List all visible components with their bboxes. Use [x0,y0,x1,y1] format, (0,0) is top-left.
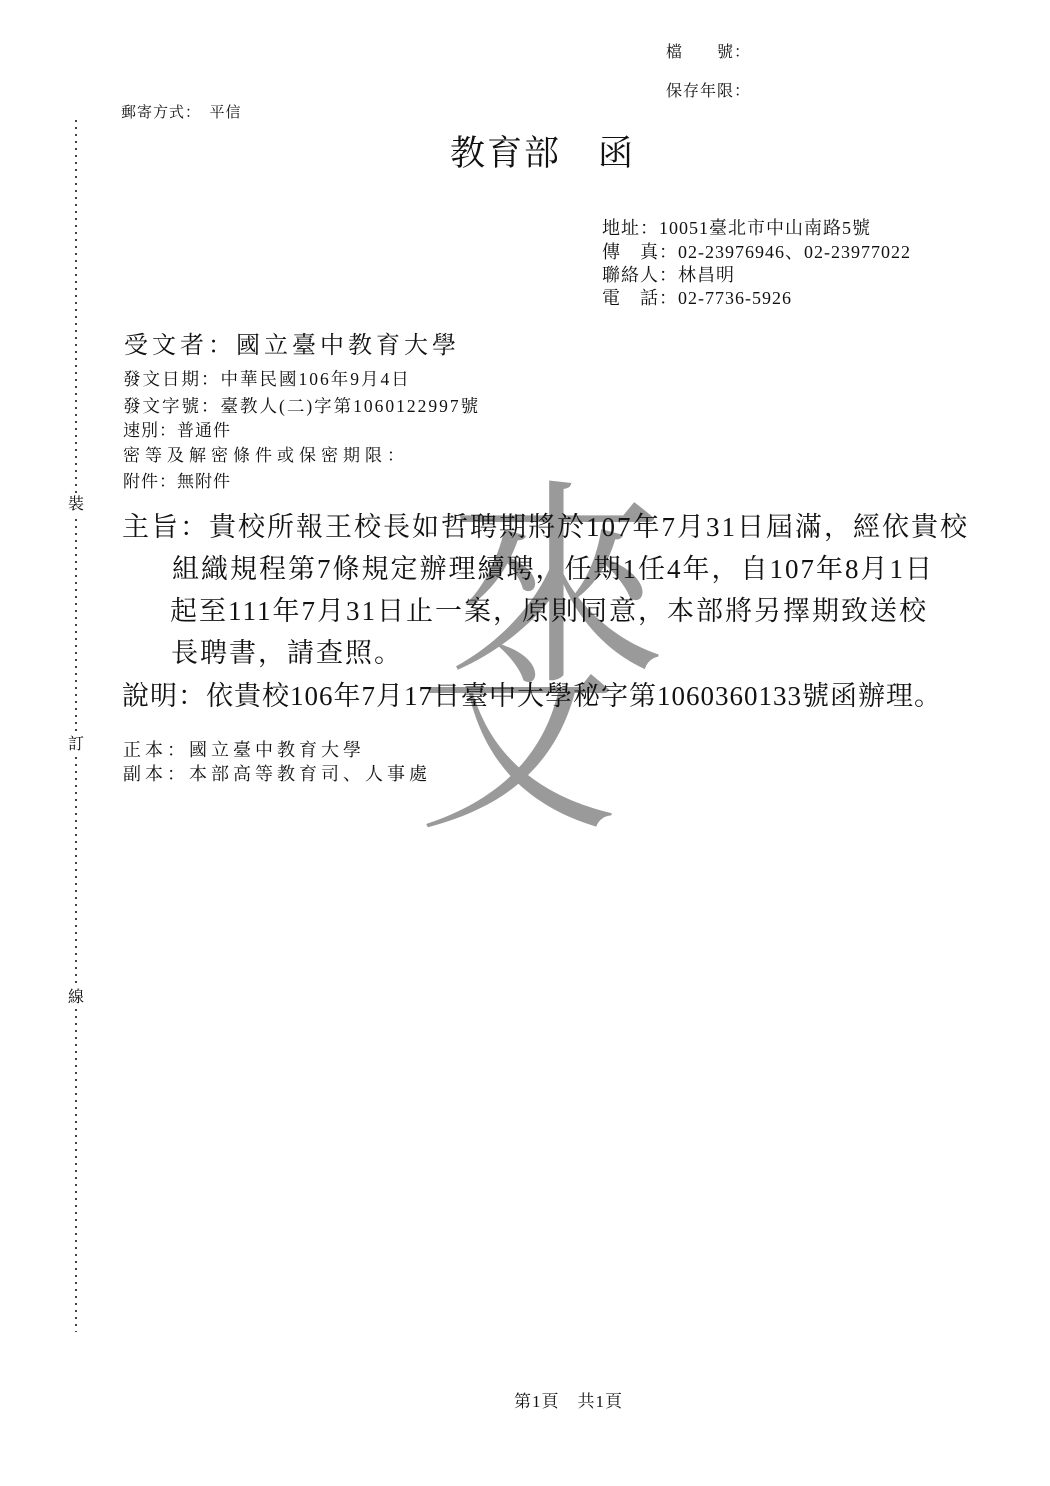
page-footer: 第1頁 共1頁 [514,1392,623,1412]
security-class-line: 密等及解密條件或保密期限： [123,446,409,466]
document-title: 教育部 函 [450,134,635,174]
subject-line-4: 長聘書，請查照。 [171,638,403,669]
recipient-line: 受文者：國立臺中教育大學 [124,333,460,361]
speed-class-line: 速別：普通件 [123,421,231,441]
watermark-char-wen: 文 [418,645,618,845]
binding-mark-xian: 線 [64,988,88,1007]
mailing-method: 郵寄方式： 平信 [121,105,242,122]
subject-line-2: 組織規程第7條規定辦理續聘，任期1任4年，自107年8月1日 [172,554,934,585]
issue-date-line: 發文日期：中華民國106年9月4日 [123,369,411,389]
sender-contact-person: 聯絡人：林昌明 [602,265,735,286]
binding-mark-zhuang: 裝 [64,495,88,514]
sender-fax: 傳 真：02-23976946、02-23977022 [602,242,911,263]
binding-dotted-line [75,120,77,1332]
carbon-copy-line: 副本：本部高等教育司、人事處 [123,764,431,785]
document-page: 來 文 裝 訂 線 檔 號： 保存年限： 郵寄方式： 平信 教育部 函 地址：1… [0,0,1050,1486]
sender-address: 地址：10051臺北市中山南路5號 [602,218,871,239]
attachment-line: 附件：無附件 [123,472,231,492]
original-copy-line: 正本：國立臺中教育大學 [123,740,365,761]
subject-line-3: 起至111年7月31日止一案，原則同意，本部將另擇期致送校 [170,596,928,627]
file-number-label: 檔 號： [666,44,751,62]
subject-line-1: 主旨：貴校所報王校長如哲聘期將於107年7月31日屆滿，經依貴校 [122,512,969,543]
binding-mark-ding: 訂 [64,735,88,754]
sender-phone: 電 話：02-7736-5926 [602,288,792,309]
doc-number-line: 發文字號：臺教人(二)字第1060122997號 [123,396,480,416]
retention-period-label: 保存年限： [666,83,751,101]
explanation-line: 說明：依貴校106年7月17日臺中大學秘字第1060360133號函辦理。 [122,681,942,712]
